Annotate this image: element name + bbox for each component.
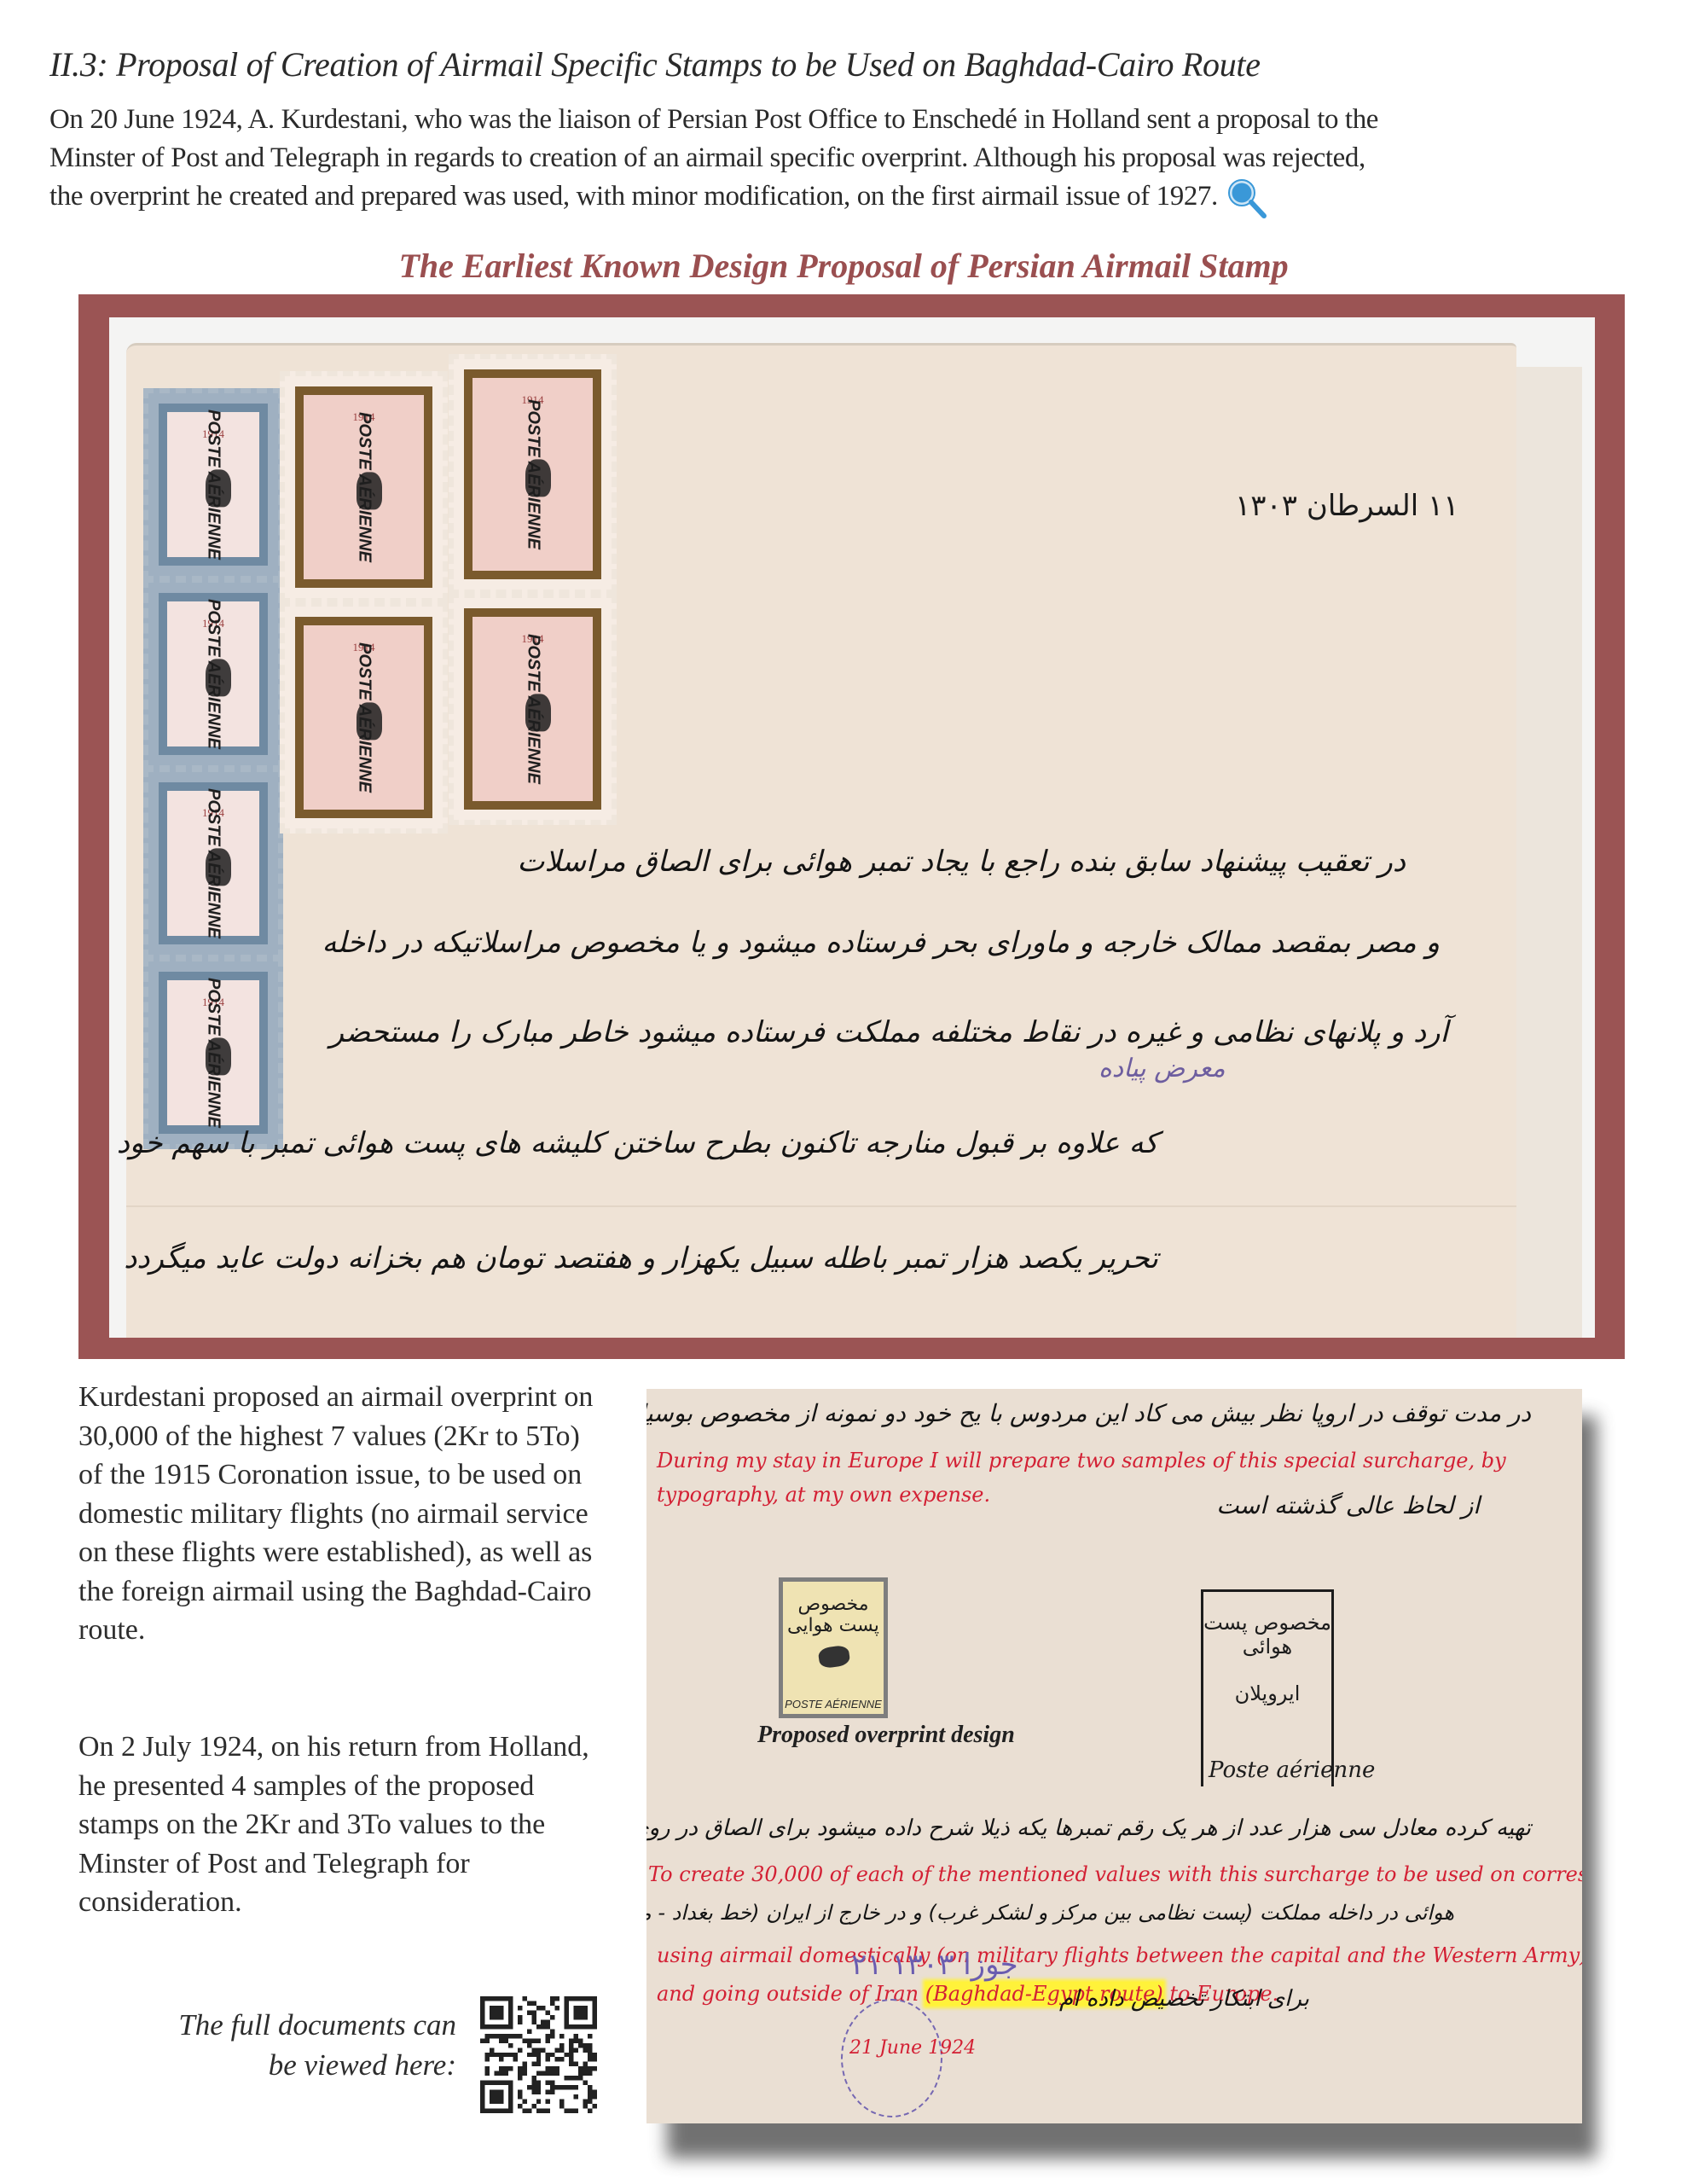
stamp-3to[interactable]: 1914POSTE AÉRIENNE <box>449 593 617 825</box>
letter-line: در تعقیب پیشنهاد سابق بنده راجع با یجاد … <box>517 845 1406 879</box>
qr-note: The full documents can be viewed here: <box>128 2005 456 2085</box>
letter-excerpt[interactable]: در مدت توقف در اروپا نظر بیش می کاد این … <box>646 1389 1582 2123</box>
letter-line: تحریر یکصد هزار تمبر باطله سبیل یکهزار و… <box>124 1241 1158 1275</box>
exhibit-caption: The Earliest Known Design Proposal of Pe… <box>0 246 1687 286</box>
qr-code-icon[interactable] <box>480 1996 597 2113</box>
letter-scan[interactable]: 1914POSTE AÉRIENNE 1914POSTE AÉRIENNE 19… <box>109 317 1595 1338</box>
translation-line: To create 30,000 of each of the mentione… <box>648 1862 1582 1886</box>
intro-line: the overprint he created and prepared wa… <box>49 177 1644 220</box>
proposed-overprint-image: مخصوص پست هوایی POSTE AÉRIENNE <box>779 1577 888 1718</box>
intro-line: On 20 June 1924, A. Kurdestani, who was … <box>49 101 1644 139</box>
excerpt-persian-line: در مدت توقف در اروپا نظر بیش می کاد این … <box>646 1399 1531 1427</box>
stamp-3to[interactable]: 1914POSTE AÉRIENNE <box>449 354 617 595</box>
airplane-icon <box>818 1645 851 1670</box>
stamp-2kr[interactable]: 1914POSTE AÉRIENNE <box>143 578 283 770</box>
letter-sheet: 1914POSTE AÉRIENNE 1914POSTE AÉRIENNE 19… <box>126 343 1516 1338</box>
handwritten-overprint-sketch: مخصوص پست هوائی ایروپلان Poste aérienne <box>1201 1589 1334 1786</box>
receipt-date-translation: 21 June 1924 <box>849 2037 976 2059</box>
excerpt-persian-line: از لحاظ عالی گذشته است <box>1216 1491 1480 1519</box>
letter-line: که علاوه بر قبول منارجه تاکنون بطرح ساخت… <box>117 1126 1158 1160</box>
letter-line: آرد و پلانهای نظامی و غیره در نقاط مختلف… <box>330 1015 1448 1049</box>
samples-summary: On 2 July 1924, on his return from Holla… <box>78 1728 607 1922</box>
letter-date: ۱۱ السرطان ۱۳۰۳ <box>1235 489 1458 523</box>
fold-line <box>126 1205 1516 1207</box>
intro-line: Minster of Post and Telegraph in regards… <box>49 139 1644 177</box>
marginal-note: معرض پیاده <box>1099 1054 1226 1083</box>
stamp-2kr[interactable]: 1914POSTE AÉRIENNE <box>143 388 283 581</box>
intro-paragraph: On 20 June 1924, A. Kurdestani, who was … <box>49 101 1644 220</box>
exhibit-frame: 1914POSTE AÉRIENNE 1914POSTE AÉRIENNE 19… <box>78 294 1625 1359</box>
letter-back-sheet <box>1508 367 1582 1338</box>
receipt-date-persian: ۲۱ جوزا ۱۳۰۳ <box>851 1948 1018 1982</box>
excerpt-persian-line: برای ابتکار تخصیص داده ام <box>1059 1986 1309 2012</box>
stamp-3to[interactable]: 1914POSTE AÉRIENNE <box>280 371 448 603</box>
excerpt-persian-line: هوائی در داخله مملکت (پست نظامی بین مرکز… <box>646 1901 1454 1925</box>
translation-line: using airmail domestically (on military … <box>657 1943 1582 1967</box>
stamp-2kr[interactable]: 1914POSTE AÉRIENNE <box>143 956 283 1149</box>
translation-line: During my stay in Europe I will prepare … <box>657 1449 1506 1472</box>
proposal-summary: Kurdestani proposed an airmail overprint… <box>78 1378 607 1650</box>
letter-line: و مصر بمقصد ممالک خارجه و ماورای بحر فرس… <box>322 926 1440 960</box>
translation-line: typography, at my own expense. <box>657 1483 990 1507</box>
stamp-3to[interactable]: 1914POSTE AÉRIENNE <box>280 601 448 834</box>
section-heading: II.3: Proposal of Creation of Airmail Sp… <box>49 44 1261 84</box>
magnifier-icon[interactable] <box>1226 177 1269 220</box>
overprint-caption: Proposed overprint design <box>757 1722 1015 1749</box>
stamp-2kr[interactable]: 1914POSTE AÉRIENNE <box>143 767 283 960</box>
excerpt-persian-line: تهیه کرده معادل سی هزار عدد از هر یک رقم… <box>646 1815 1531 1841</box>
